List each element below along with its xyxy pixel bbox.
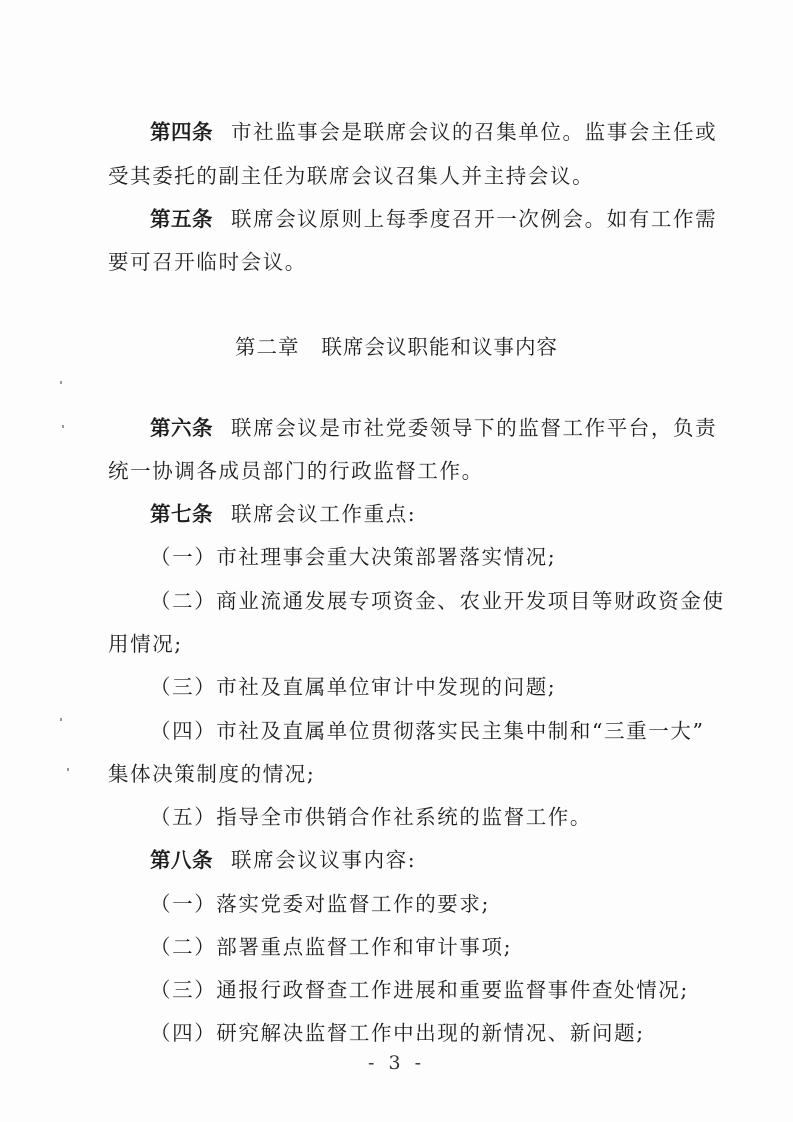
article-5-label: 第五条	[150, 207, 213, 231]
article-8-line: 第八条联席会议议事内容:	[150, 846, 750, 874]
article-4-line-1: 第四条市社监事会是联席会议的召集单位。监事会主任或	[150, 118, 750, 146]
article-7-item-4-cont: 集体决策制度的情况;	[108, 760, 708, 788]
scan-speck	[62, 425, 64, 428]
article-7-item-1: （一）市社理事会重大决策部署落实情况;	[150, 543, 750, 571]
article-8-item-3: （三）通报行政督查工作进展和重要监督事件查处情况;	[150, 976, 750, 1004]
article-7-item-2-cont: 用情况;	[108, 630, 708, 658]
article-4-line-2: 受其委托的副主任为联席会议召集人并主持会议。	[108, 162, 708, 190]
article-7-item-5: （五）指导全市供销合作社系统的监督工作。	[150, 803, 750, 831]
article-7-item-4: （四）市社及直属单位贯彻落实民主集中制和“三重一大”	[150, 717, 750, 745]
scan-speck	[60, 381, 62, 384]
scan-speck	[67, 768, 69, 771]
chapter-heading: 第二章联席会议职能和议事内容	[0, 330, 793, 360]
article-8-item-1: （一）落实党委对监督工作的要求;	[150, 890, 750, 918]
scan-speck	[60, 718, 62, 721]
page-number: - 3 -	[0, 1052, 793, 1074]
article-6-line-1: 第六条联席会议是市社党委领导下的监督工作平台，负责	[150, 414, 750, 442]
article-7-item-2: （二）商业流通发展专项资金、农业开发项目等财政资金使	[150, 587, 750, 615]
article-8-item-2: （二）部署重点监督工作和审计事项;	[150, 933, 750, 961]
article-7-item-3: （三）市社及直属单位审计中发现的问题;	[150, 673, 750, 701]
article-8-item-4: （四）研究解决监督工作中出现的新情况、新问题;	[150, 1019, 750, 1047]
article-5-line-2: 要可召开临时会议。	[108, 248, 708, 276]
chapter-title: 联席会议职能和议事内容	[322, 335, 559, 359]
article-7-label: 第七条	[150, 502, 213, 526]
article-6-label: 第六条	[150, 416, 213, 440]
article-5-line-1: 第五条联席会议原则上每季度召开一次例会。如有工作需	[150, 205, 750, 233]
article-8-label: 第八条	[150, 848, 213, 872]
chapter-number: 第二章	[235, 335, 300, 359]
article-6-line-2: 统一协调各成员部门的行政监督工作。	[108, 457, 708, 485]
article-7-line: 第七条联席会议工作重点:	[150, 500, 750, 528]
article-4-label: 第四条	[150, 120, 213, 144]
